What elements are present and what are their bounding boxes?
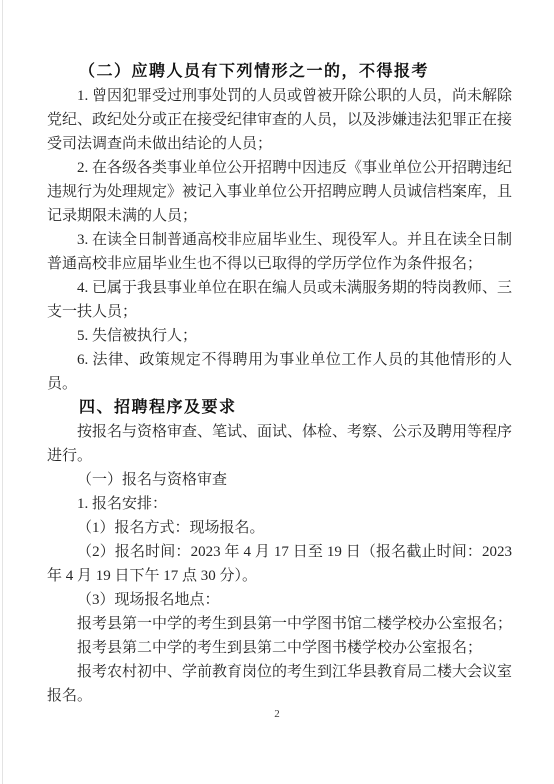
doc-paragraph-location-rural: 报考农村初中、学前教育岗位的考生到江华县教育局二楼大会议室报名。 xyxy=(47,660,512,708)
document-body: （二）应聘人员有下列情形之一的，不得报考 1. 曾因犯罪受过刑事处罚的人员或曾被… xyxy=(47,60,512,708)
doc-paragraph-location-second-school: 报考县第二中学的考生到县第二中学图书楼学校办公室报名； xyxy=(47,636,512,660)
doc-paragraph-item-4: 4. 已属于我县事业单位在职在编人员或未满服务期的特岗教师、三支一扶人员； xyxy=(47,276,512,324)
doc-subheading-registration-review: （一）报名与资格审查 xyxy=(47,468,512,492)
section-heading-procedure: 四、招聘程序及要求 xyxy=(47,396,512,420)
doc-paragraph-registration-method: （1）报名方式：现场报名。 xyxy=(47,516,512,540)
doc-paragraph-location-first-school: 报考县第一中学的考生到县第一中学图书馆二楼学校办公室报名； xyxy=(47,612,512,636)
doc-paragraph-item-1: 1. 曾因犯罪受过刑事处罚的人员或曾被开除公职的人员，尚未解除党纪、政纪处分或正… xyxy=(47,84,512,156)
doc-paragraph-item-5: 5. 失信被执行人； xyxy=(47,324,512,348)
doc-paragraph-item-3: 3. 在读全日制普通高校非应届毕业生、现役军人。并且在读全日制普通高校非应届毕业… xyxy=(47,228,512,276)
doc-paragraph-registration-location-label: （3）现场报名地点： xyxy=(47,588,512,612)
page-number: 2 xyxy=(0,708,554,720)
doc-paragraph-registration-time: （2）报名时间：2023 年 4 月 17 日至 19 日（报名截止时间：202… xyxy=(47,540,512,588)
doc-paragraph-item-6: 6. 法律、政策规定不得聘用为事业单位工作人员的其他情形的人员。 xyxy=(47,348,512,396)
scan-edge-line xyxy=(2,0,3,784)
doc-paragraph-registration-arrangement: 1. 报名安排： xyxy=(47,492,512,516)
document-page: （二）应聘人员有下列情形之一的，不得报考 1. 曾因犯罪受过刑事处罚的人员或曾被… xyxy=(0,0,554,784)
doc-paragraph-procedure-intro: 按报名与资格审查、笔试、面试、体检、考察、公示及聘用等程序进行。 xyxy=(47,420,512,468)
section-heading-no-apply: （二）应聘人员有下列情形之一的，不得报考 xyxy=(47,60,512,84)
doc-paragraph-item-2: 2. 在各级各类事业单位公开招聘中因违反《事业单位公开招聘违纪违规行为处理规定》… xyxy=(47,156,512,228)
